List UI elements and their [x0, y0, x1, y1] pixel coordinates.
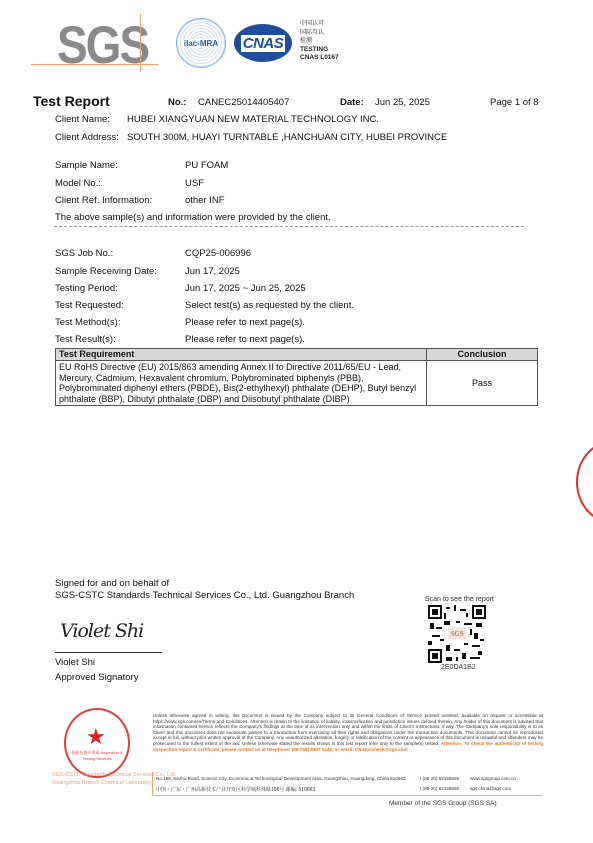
job-no-label: SGS Job No.: — [55, 248, 113, 259]
signed-for-line: Signed for and on behalf of — [55, 578, 169, 589]
report-no-label: No.: — [168, 97, 186, 108]
ilac-mra-text: ilac-MRA — [183, 39, 219, 48]
qr-caption: Scan to see the report — [425, 596, 494, 603]
logo-divider-horizontal — [31, 64, 158, 65]
test-requested-label: Test Requested: — [55, 300, 124, 311]
test-results-label: Test Result(s): — [55, 334, 116, 345]
inspection-stamp: ★ 检验检测专用章 Inspection & Testing Services — [64, 708, 130, 778]
results-table: Test Requirement Conclusion EU RoHS Dire… — [55, 348, 538, 406]
address-chinese: 中国・广东・广州高新技术产业开发区科学城科珠路198号 邮编: 510663 — [156, 786, 315, 793]
qr-code-id: 2E0DA1B2 — [441, 664, 476, 671]
qr-code[interactable]: SGS — [428, 605, 486, 663]
test-methods-label: Test Method(s): — [55, 317, 120, 328]
star-icon: ★ — [86, 726, 106, 748]
client-name-value: HUBEI XIANGYUAN NEW MATERIAL TECHNOLOGY … — [127, 114, 379, 125]
conclusion-cell: Pass — [427, 361, 538, 406]
cnas-logo: CNAS — [234, 24, 292, 62]
member-of-sgs: Member of the SGS Group (SGS SA) — [389, 800, 497, 807]
receiving-date-label: Sample Receiving Date: — [55, 266, 157, 277]
sgs-logo: SGS — [57, 18, 148, 71]
footer-divider-vertical — [152, 772, 153, 796]
phone-1: t (86-20) 82155555 — [420, 776, 459, 781]
website-link[interactable]: www.sgsgroup.com.cn — [470, 776, 516, 781]
client-ref-label: Client Ref. Information: — [55, 195, 152, 206]
report-no-value: CANEC25014405407 — [198, 97, 289, 108]
qr-center-logo: SGS — [450, 630, 464, 638]
signatory-name: Violet Shi — [55, 657, 95, 668]
sample-note: The above sample(s) and information were… — [55, 212, 331, 223]
receiving-date-value: Jun 17, 2025 — [185, 266, 240, 277]
cnas-line: 国际互认 — [300, 29, 339, 38]
testing-period-value: Jun 17, 2025 ~ Jun 25, 2025 — [185, 283, 306, 294]
header-conclusion: Conclusion — [427, 349, 538, 361]
stamp-text: 检验检测专用章 Inspection & Testing Services — [68, 750, 126, 761]
requirement-cell: EU RoHS Directive (EU) 2015/863 amending… — [56, 361, 427, 406]
client-name-label: Client Name: — [55, 114, 110, 125]
cnas-line: 检测 — [300, 37, 339, 46]
table-header-row: Test Requirement Conclusion — [56, 349, 538, 361]
job-no-value: CQP25-006996 — [185, 248, 251, 259]
email-link[interactable]: sgs.china@sgs.com — [470, 786, 511, 791]
page-number: Page 1 of 8 — [490, 97, 539, 108]
sample-name-label: Sample Name: — [55, 160, 118, 171]
model-no-value: USF — [185, 178, 204, 189]
table-row: EU RoHS Directive (EU) 2015/863 amending… — [56, 361, 538, 406]
test-results-value: Please refer to next page(s). — [185, 334, 305, 345]
official-stamp-partial — [576, 440, 593, 524]
legal-disclaimer: Unless otherwise agreed in writing, this… — [153, 713, 543, 752]
header-test-requirement: Test Requirement — [56, 349, 427, 361]
ilac-mra-logo: ilac-MRA — [176, 18, 226, 68]
signatory-role: Approved Signatory — [55, 672, 138, 683]
footer-divider — [152, 795, 542, 796]
logo-divider-vertical — [140, 14, 141, 72]
cnas-line: 中国认可 — [300, 20, 339, 29]
model-no-label: Model No.: — [55, 178, 101, 189]
report-date-label: Date: — [340, 97, 364, 108]
cnas-line: TESTING — [300, 46, 328, 53]
cnas-accreditation-text: 中国认可 国际互认 检测 TESTING CNAS L0167 — [300, 20, 339, 63]
test-methods-value: Please refer to next page(s). — [185, 317, 305, 328]
testing-period-label: Testing Period: — [55, 283, 118, 294]
signature-line — [55, 652, 162, 653]
handwritten-signature: Violet Shi — [60, 620, 143, 642]
phone-2: t (86-20) 82155555 — [420, 786, 459, 791]
cnas-line: CNAS L0167 — [300, 54, 339, 61]
cnas-text: CNAS — [241, 35, 286, 52]
client-address-value: SOUTH 300M, HUAYI TURNTABLE ,HANCHUAN CI… — [127, 132, 447, 143]
client-ref-value: other INF — [185, 195, 225, 206]
report-date-value: Jun 25, 2025 — [375, 97, 430, 108]
report-title: Test Report — [33, 93, 110, 109]
address-english: No.198, Kezhu Road, Science City, Econom… — [156, 776, 406, 781]
sample-name-value: PU FOAM — [185, 160, 228, 171]
company-branch-line: SGS-CSTC Standards Technical Services Co… — [55, 590, 354, 601]
test-requested-value: Select test(s) as requested by the clien… — [185, 300, 354, 311]
client-address-label: Client Address: — [55, 132, 119, 143]
dashed-divider — [54, 226, 524, 227]
